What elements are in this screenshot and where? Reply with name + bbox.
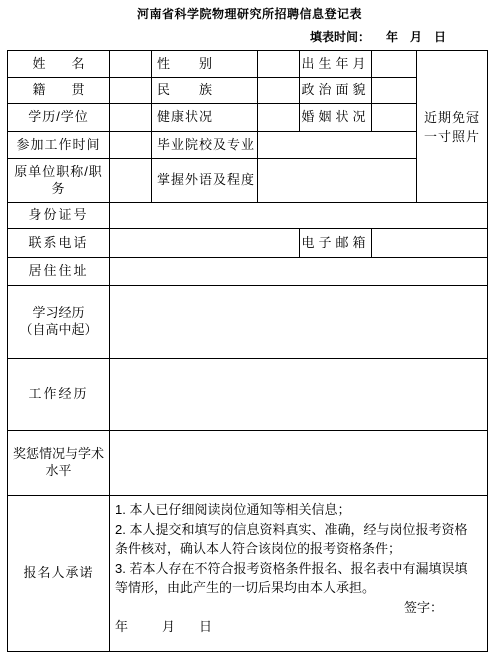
applicant-commitment-label: 报名人承诺	[8, 496, 110, 652]
marital-status-value-cell[interactable]	[372, 104, 417, 132]
residence-address-value-cell[interactable]	[110, 258, 488, 286]
native-place-label: 籍 贯	[8, 78, 110, 104]
awards-academic-level-value-cell[interactable]	[110, 431, 488, 496]
ethnicity-label: 民 族	[152, 78, 258, 104]
email-value-cell[interactable]	[372, 229, 488, 258]
table-row: 原单位职称/职 务 掌握外语及程度	[8, 159, 488, 203]
table-row: 奖惩情况与学术 水平	[8, 431, 488, 496]
table-row: 报名人承诺 1. 本人已仔细阅读岗位通知等相关信息； 2. 本人提交和填写的信息…	[8, 496, 488, 652]
gender-label: 性 别	[152, 51, 258, 78]
foreign-language-level-value-cell[interactable]	[258, 159, 417, 203]
contact-phone-label: 联系电话	[8, 229, 110, 258]
work-experience-label: 工作经历	[8, 359, 110, 431]
birth-date-value-cell[interactable]	[372, 51, 417, 78]
table-row: 参加工作时间 毕业院校及专业	[8, 132, 488, 159]
table-row: 学历/学位 健康状况 婚姻状况	[8, 104, 488, 132]
ethnicity-value-cell[interactable]	[258, 78, 300, 104]
work-experience-value-cell[interactable]	[110, 359, 488, 431]
contact-phone-value-cell[interactable]	[110, 229, 300, 258]
residence-address-label: 居住住址	[8, 258, 110, 286]
fill-time-year-label: 年	[386, 30, 398, 44]
study-experience-label: 学习经历 （自高中起）	[8, 286, 110, 359]
marital-status-label: 婚姻状况	[300, 104, 372, 132]
commitment-date-year-label: 年	[115, 619, 128, 634]
fill-time-day-label: 日	[434, 30, 446, 44]
commitment-content-cell[interactable]: 1. 本人已仔细阅读岗位通知等相关信息； 2. 本人提交和填写的信息资料真实、准…	[110, 496, 488, 652]
gender-value-cell[interactable]	[258, 51, 300, 78]
id-number-label: 身份证号	[8, 203, 110, 229]
native-place-value-cell[interactable]	[110, 78, 152, 104]
name-label: 姓 名	[8, 51, 110, 78]
commitment-item-2: 2. 本人提交和填写的信息资料真实、准确，经与岗位报考资格条件核对，确认本人符合…	[115, 520, 479, 559]
health-status-value-cell[interactable]	[258, 104, 300, 132]
health-status-label: 健康状况	[152, 104, 258, 132]
former-title-position-label: 原单位职称/职 务	[8, 159, 110, 203]
work-start-time-label: 参加工作时间	[8, 132, 110, 159]
table-row: 工作经历	[8, 359, 488, 431]
political-status-label: 政治面貌	[300, 78, 372, 104]
signature-label: 签字：	[115, 598, 479, 618]
page-title: 河南省科学院物理研究所招聘信息登记表	[0, 5, 499, 22]
registration-form-page: 河南省科学院物理研究所招聘信息登记表 填表时间：年月日 姓 名 性 别 出生年月…	[0, 0, 499, 660]
commitment-item-1: 1. 本人已仔细阅读岗位通知等相关信息；	[115, 500, 479, 520]
table-row: 姓 名 性 别 出生年月 近期免冠 一寸照片	[8, 51, 488, 78]
name-value-cell[interactable]	[110, 51, 152, 78]
birth-date-label: 出生年月	[300, 51, 372, 78]
political-status-value-cell[interactable]	[372, 78, 417, 104]
fill-time-line: 填表时间：年月日	[310, 28, 446, 45]
awards-academic-level-label: 奖惩情况与学术 水平	[8, 431, 110, 496]
graduation-school-major-label: 毕业院校及专业	[152, 132, 258, 159]
table-row: 联系电话 电子邮箱	[8, 229, 488, 258]
table-row: 居住住址	[8, 258, 488, 286]
commitment-item-3: 3. 若本人存在不符合报考资格条件报名、报名表中有漏填误填等情形，由此产生的一切…	[115, 559, 479, 598]
fill-time-label: 填表时间：	[310, 30, 370, 44]
commitment-date-month-label: 月	[162, 619, 175, 634]
email-label: 电子邮箱	[300, 229, 372, 258]
fill-time-month-label: 月	[410, 30, 422, 44]
commitment-date-line: 年月日	[115, 617, 479, 637]
work-start-time-value-cell[interactable]	[110, 132, 152, 159]
registration-table: 姓 名 性 别 出生年月 近期免冠 一寸照片 籍 贯 民 族 政治面貌 学历/学…	[7, 50, 488, 652]
graduation-school-major-value-cell[interactable]	[258, 132, 417, 159]
foreign-language-level-label: 掌握外语及程度	[152, 159, 258, 203]
education-degree-label: 学历/学位	[8, 104, 110, 132]
table-row: 籍 贯 民 族 政治面貌	[8, 78, 488, 104]
table-row: 身份证号	[8, 203, 488, 229]
commitment-date-day-label: 日	[199, 619, 212, 634]
photo-placeholder-cell[interactable]: 近期免冠 一寸照片	[417, 51, 488, 203]
study-experience-value-cell[interactable]	[110, 286, 488, 359]
id-number-value-cell[interactable]	[110, 203, 488, 229]
former-title-position-value-cell[interactable]	[110, 159, 152, 203]
education-degree-value-cell[interactable]	[110, 104, 152, 132]
table-row: 学习经历 （自高中起）	[8, 286, 488, 359]
